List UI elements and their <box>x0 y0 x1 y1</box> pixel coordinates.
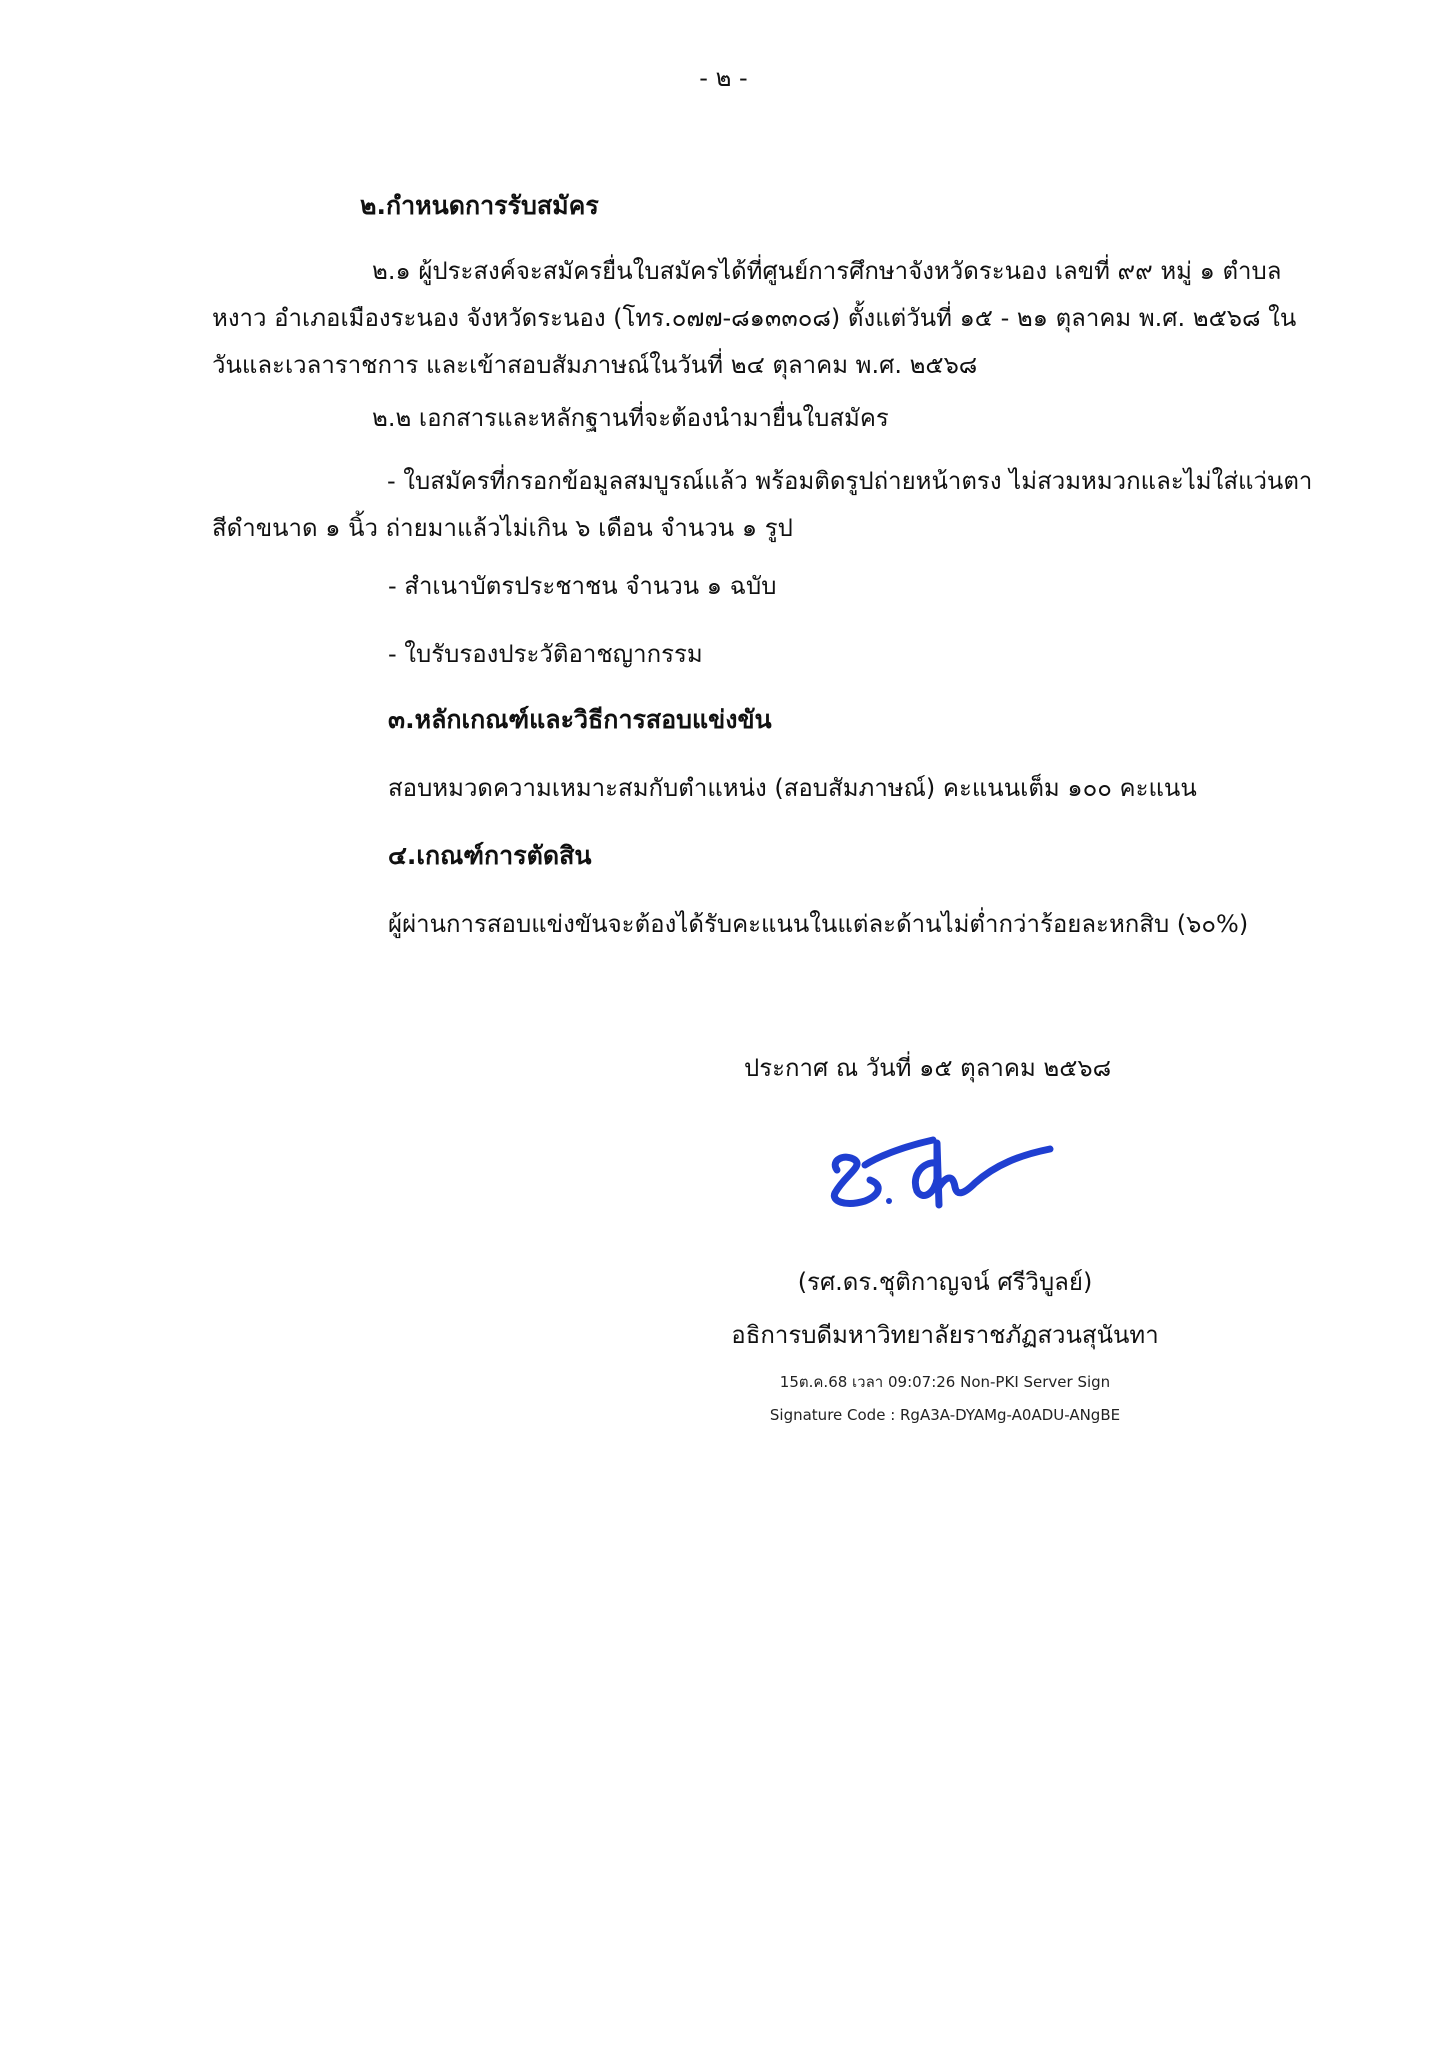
section-4-heading: ๔.เกณฑ์การตัดสิน <box>388 836 591 876</box>
section-2-2-paragraph: ๒.๒ เอกสารและหลักฐานที่จะต้องนำมายื่นใบส… <box>372 398 889 437</box>
section-3-body: สอบหมวดความเหมาะสมกับตำแหน่ง (สอบสัมภาษณ… <box>388 768 1197 807</box>
paragraph-line: สีดำขนาด ๑ นิ้ว ถ่ายมาแล้วไม่เกิน ๖ เดือ… <box>212 505 1330 552</box>
paragraph-line: - ใบสมัครที่กรอกข้อมูลสมบูรณ์แล้ว พร้อมต… <box>212 458 1330 505</box>
section-4-body: ผู้ผ่านการสอบแข่งขันจะต้องได้รับคะแนนในแ… <box>388 904 1248 943</box>
document-item-id-card: - สำเนาบัตรประชาชน จำนวน ๑ ฉบับ <box>388 566 776 605</box>
document-item-criminal-record: - ใบรับรองประวัติอาชญากรรม <box>388 634 703 673</box>
announcement-date: ประกาศ ณ วันที่ ๑๕ ตุลาคม ๒๕๖๘ <box>744 1048 1111 1087</box>
signatory-name: (รศ.ดร.ชุติกาญจน์ ศรีวิบูลย์) <box>720 1262 1170 1301</box>
section-3-heading: ๓.หลักเกณฑ์และวิธีการสอบแข่งขัน <box>388 700 772 740</box>
paragraph-line: วันและเวลาราชการ และเข้าสอบสัมภาษณ์ในวัน… <box>212 342 1330 389</box>
page-number: - ๒ - <box>0 58 1447 97</box>
signatory-title: อธิการบดีมหาวิทยาลัยราชภัฏสวนสุนันทา <box>720 1315 1170 1354</box>
paragraph-line: ๒.๑ ผู้ประสงค์จะสมัครยื่นใบสมัครได้ที่ศู… <box>212 248 1330 295</box>
signature-image <box>825 1135 1065 1225</box>
section-2-heading: ๒.กำหนดการรับสมัคร <box>360 186 599 226</box>
signature-code: Signature Code : RgA3A-DYAMg-A0ADU-ANgBE <box>720 1406 1170 1424</box>
document-item-application-form: - ใบสมัครที่กรอกข้อมูลสมบูรณ์แล้ว พร้อมต… <box>212 458 1330 552</box>
paragraph-line: หงาว อำเภอเมืองระนอง จังหวัดระนอง (โทร.๐… <box>212 295 1330 342</box>
e-sign-timestamp: 15ต.ค.68 เวลา 09:07:26 Non-PKI Server Si… <box>720 1370 1170 1394</box>
signatory-block: (รศ.ดร.ชุติกาญจน์ ศรีวิบูลย์) อธิการบดีม… <box>720 1262 1170 1424</box>
section-2-1-paragraph: ๒.๑ ผู้ประสงค์จะสมัครยื่นใบสมัครได้ที่ศู… <box>212 248 1330 389</box>
